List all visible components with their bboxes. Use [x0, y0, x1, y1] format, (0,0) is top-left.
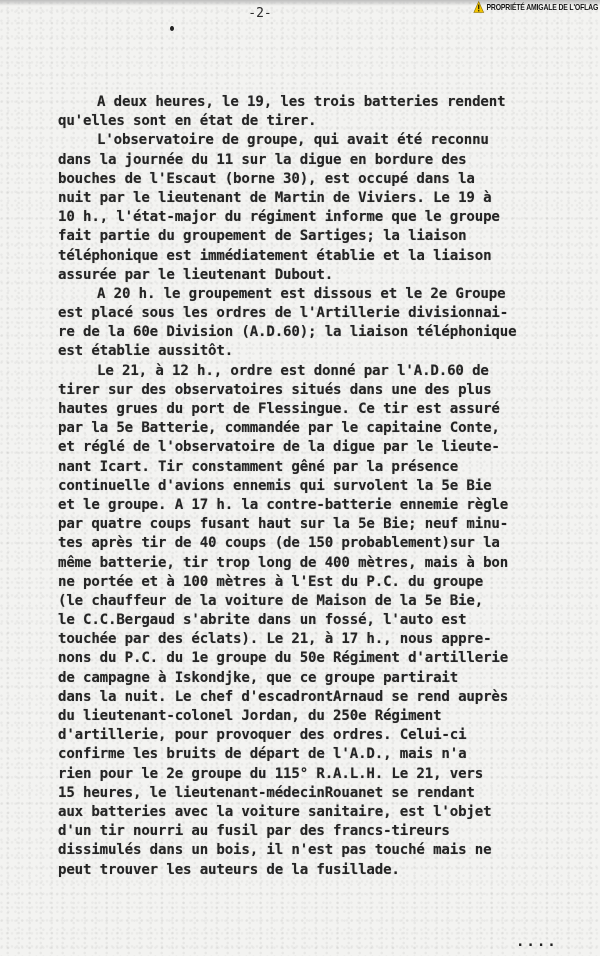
text-line: touchée par des éclats). Le 21, à 17 h.,…	[58, 630, 598, 649]
text-line: (le chauffeur de la voiture de Maison de…	[58, 592, 598, 611]
text-line: rien pour le 2e groupe du 115° R.A.L.H. …	[58, 765, 598, 784]
text-line: A 20 h. le groupement est dissous et le …	[58, 285, 598, 304]
text-line: tirer sur des observatoires situés dans …	[58, 381, 598, 400]
text-line: fait partie du groupement de Sartiges; l…	[58, 227, 598, 246]
text-line: par la 5e Batterie, commandée par le cap…	[58, 419, 598, 438]
text-line: assurée par le lieutenant Dubout.	[58, 266, 598, 285]
text-line: hautes grues du port de Flessingue. Ce t…	[58, 400, 598, 419]
text-line: le C.C.Bergaud s'abrite dans un fossé, l…	[58, 611, 598, 630]
text-line: peut trouver les auteurs de la fusillade…	[58, 861, 598, 880]
text-line: nant Icart. Tir constamment gêné par la …	[58, 458, 598, 477]
text-line: aux batteries avec la voiture sanitaire,…	[58, 803, 598, 822]
warning-triangle-icon	[473, 1, 484, 13]
text-line: Le 21, à 12 h., ordre est donné par l'A.…	[58, 362, 598, 381]
text-line: re de la 60e Division (A.D.60); la liais…	[58, 323, 598, 342]
text-line: et le groupe. A 17 h. la contre-batterie…	[58, 496, 598, 515]
text-line: nons du P.C. du 1e groupe du 50e Régimen…	[58, 649, 598, 668]
text-line: 10 h., l'état-major du régiment informe …	[58, 208, 598, 227]
text-line: A deux heures, le 19, les trois batterie…	[58, 93, 598, 112]
text-line: par quatre coups fusant haut sur la 5e B…	[58, 515, 598, 534]
text-line: est placé sous les ordres de l'Artilleri…	[58, 304, 598, 323]
text-line: dans la nuit. Le chef d'escadrontArnaud …	[58, 688, 598, 707]
ink-speck	[170, 26, 174, 31]
text-line: continuelle d'avions ennemis qui survole…	[58, 477, 598, 496]
text-line: nuit par le lieutenant de Martin de Vivi…	[58, 189, 598, 208]
document-body: A deux heures, le 19, les trois batterie…	[58, 93, 598, 880]
text-line: dissimulés dans un bois, il n'est pas to…	[58, 841, 598, 860]
text-line: tes après tir de 40 coups (de 150 probab…	[58, 534, 598, 553]
text-line: de campagne à Iskondjke, que ce groupe p…	[58, 669, 598, 688]
text-line: d'un tir nourri au fusil par des francs-…	[58, 822, 598, 841]
text-line: dans la journée du 11 sur la digue en bo…	[58, 151, 598, 170]
text-line: d'artillerie, pour provoquer des ordres.…	[58, 726, 598, 745]
text-line: ne portée et à 100 mètres à l'Est du P.C…	[58, 573, 598, 592]
text-line: 15 heures, le lieutenant-médecinRouanet …	[58, 784, 598, 803]
text-line: L'observatoire de groupe, qui avait été …	[58, 131, 598, 150]
text-line: téléphonique est immédiatement établie e…	[58, 247, 598, 266]
text-line: qu'elles sont en état de tirer.	[58, 112, 598, 131]
watermark: PROPRIÉTÉ AMIGALE DE L'OFLAG	[473, 1, 598, 13]
text-line: est établie aussitôt.	[58, 342, 598, 361]
text-line: bouches de l'Escaut (borne 30), est occu…	[58, 170, 598, 189]
text-line: confirme les bruits de départ de l'A.D.,…	[58, 745, 598, 764]
text-line: même batterie, tir trop long de 400 mètr…	[58, 554, 598, 573]
text-line: du lieutenant-colonel Jordan, du 250e Ré…	[58, 707, 598, 726]
watermark-text: PROPRIÉTÉ AMIGALE DE L'OFLAG	[486, 2, 598, 12]
continuation-mark: ....	[516, 934, 558, 950]
page-number: -2-	[240, 6, 280, 21]
text-line: et réglé de l'observatoire de la digue p…	[58, 438, 598, 457]
